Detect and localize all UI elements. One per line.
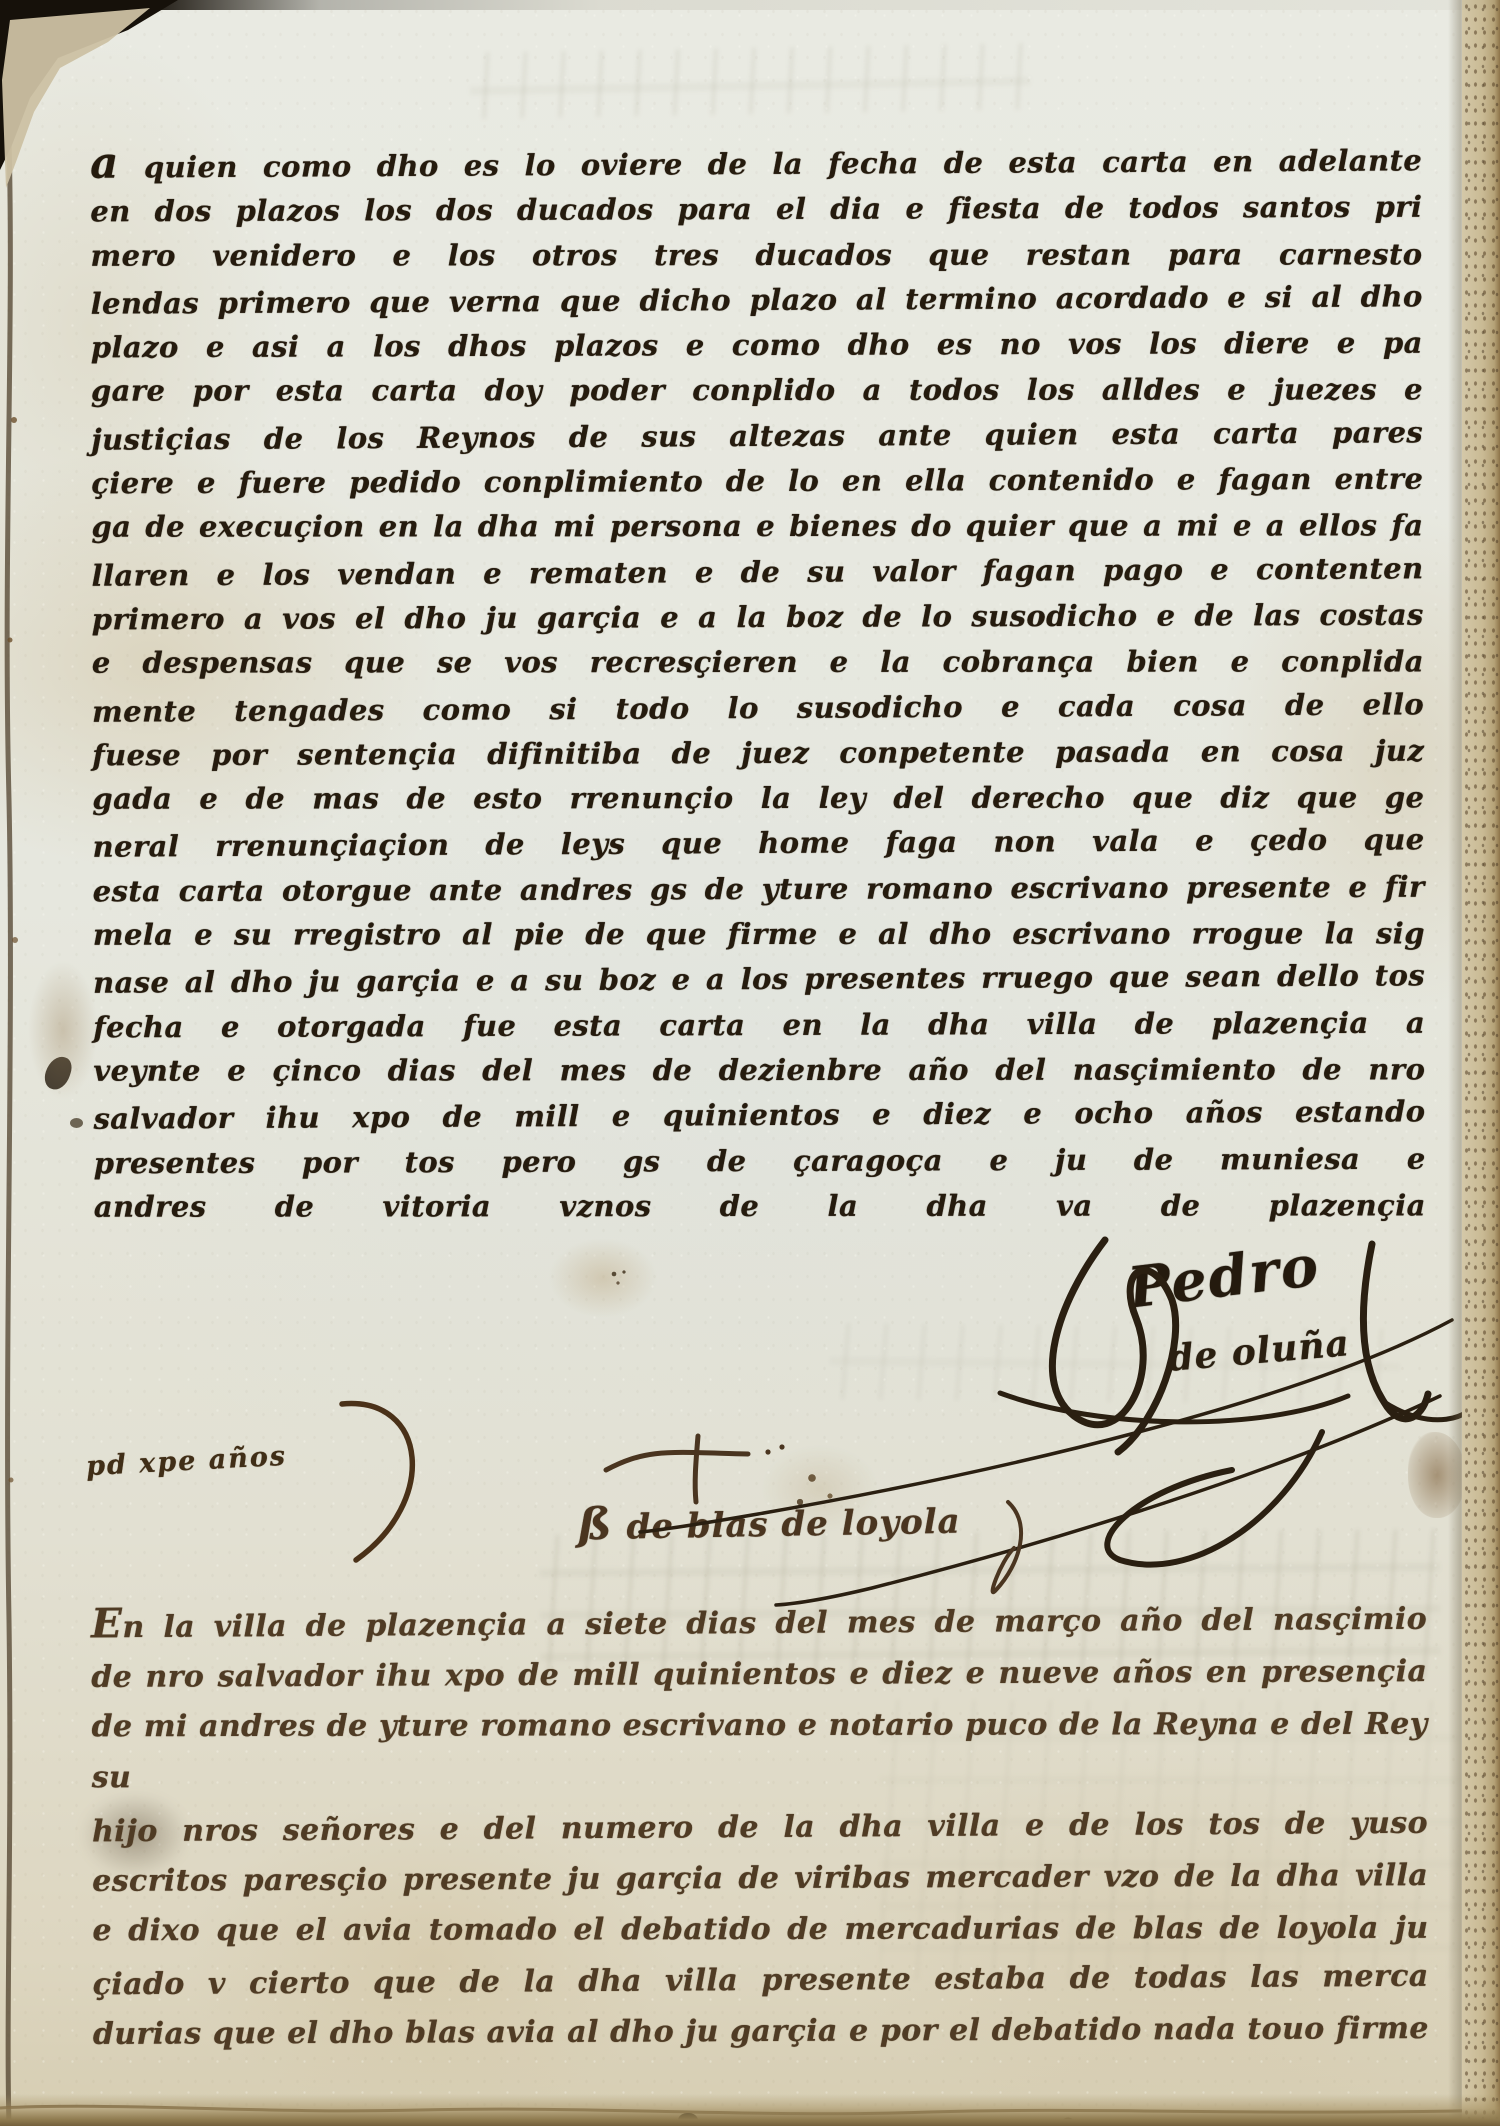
manuscript-line: nase al dho ju garçia e a su boz e a los… — [93, 954, 1425, 1007]
manuscript-line: ga de execuçion en la dha mi persona e b… — [91, 504, 1423, 551]
manuscript-line: hijo nros señores e del numero de la dha… — [92, 1798, 1428, 1858]
paragraph-mark: ß — [578, 1499, 613, 1551]
manuscript-line: lendas primero que verna que dicho plazo… — [91, 274, 1423, 327]
manuscript-line: çiado v cierto que de la dha villa prese… — [93, 1951, 1429, 2011]
manuscript-line: a quien como dho es lo oviere de la fech… — [90, 138, 1422, 191]
manuscript-line: mela e su rregistro al pie de que firme … — [93, 911, 1425, 958]
manuscript-line: salvador ihu xpo de mill e quinientos e … — [93, 1090, 1425, 1143]
manuscript-line: e despensas que se vos recresçieren e la… — [92, 640, 1424, 687]
manuscript-line: fecha e otorgada fue esta carta en la dh… — [93, 1000, 1425, 1050]
second-text-block: En la villa de plazençia a siete dias de… — [91, 1595, 1429, 2060]
manuscript-line: mero venidero e los otros tres ducados q… — [90, 232, 1422, 279]
section-heading: ßde blas de loyola — [578, 1493, 961, 1551]
manuscript-line: en dos plazos los dos ducados para el di… — [90, 185, 1422, 235]
manuscript-line: plazo e asi a los dhos plazos e como dho… — [91, 321, 1423, 371]
manuscript-line: En la villa de plazençia a siete dias de… — [91, 1594, 1427, 1654]
manuscript-line: llaren e los vendan e rematen e de su va… — [91, 546, 1423, 599]
scanned-manuscript-page: a quien como dho es lo oviere de la fech… — [0, 0, 1500, 2126]
manuscript-line: gare por esta carta doy poder conplido a… — [91, 368, 1423, 415]
page-bottom-stain-band — [0, 2094, 1500, 2126]
manuscript-line: de mi andres de yture romano escrivano e… — [92, 1699, 1428, 1804]
manuscript-line: çiere e fuere pedido conplimiento de lo … — [91, 457, 1423, 507]
manuscript-line: escritos paresçio presente ju garçia de … — [92, 1850, 1428, 1907]
manuscript-line: esta carta otorgue ante andres gs de ytu… — [93, 864, 1425, 914]
manuscript-line: e dixo que el avia tomado el debatido de… — [92, 1903, 1428, 1957]
manuscript-line: de nro salvador ihu xpo de mill quinient… — [91, 1646, 1427, 1703]
main-text-block: a quien como dho es lo oviere de la fech… — [90, 140, 1426, 1232]
manuscript-line: presentes por tos pero gs de çaragoça e … — [94, 1136, 1426, 1186]
manuscript-line: andres de vitoria vznos de la dha va de … — [94, 1183, 1426, 1230]
manuscript-line: fuese por sentençia difinitiba de juez c… — [92, 729, 1424, 779]
manuscript-line: gada e de mas de esto rrenunçio la ley d… — [92, 775, 1424, 822]
page-top-edge — [0, 0, 1500, 10]
page-fore-edge-right — [1462, 0, 1500, 2126]
section-heading-text: de blas de loyola — [626, 1502, 961, 1548]
manuscript-line: durias que el dho blas avia al dho ju ga… — [93, 2003, 1429, 2060]
manuscript-line: justiçias de los Reynos de sus altezas a… — [91, 410, 1423, 463]
manuscript-line: mente tengades como si todo lo susodicho… — [92, 682, 1424, 735]
manuscript-line: primero a vos el dho ju garçia e a la bo… — [92, 593, 1424, 643]
manuscript-line: neral rrenunçiaçion de leys que home fag… — [92, 818, 1424, 871]
manuscript-line: veynte e çinco dias del mes de dezienbre… — [93, 1047, 1425, 1094]
